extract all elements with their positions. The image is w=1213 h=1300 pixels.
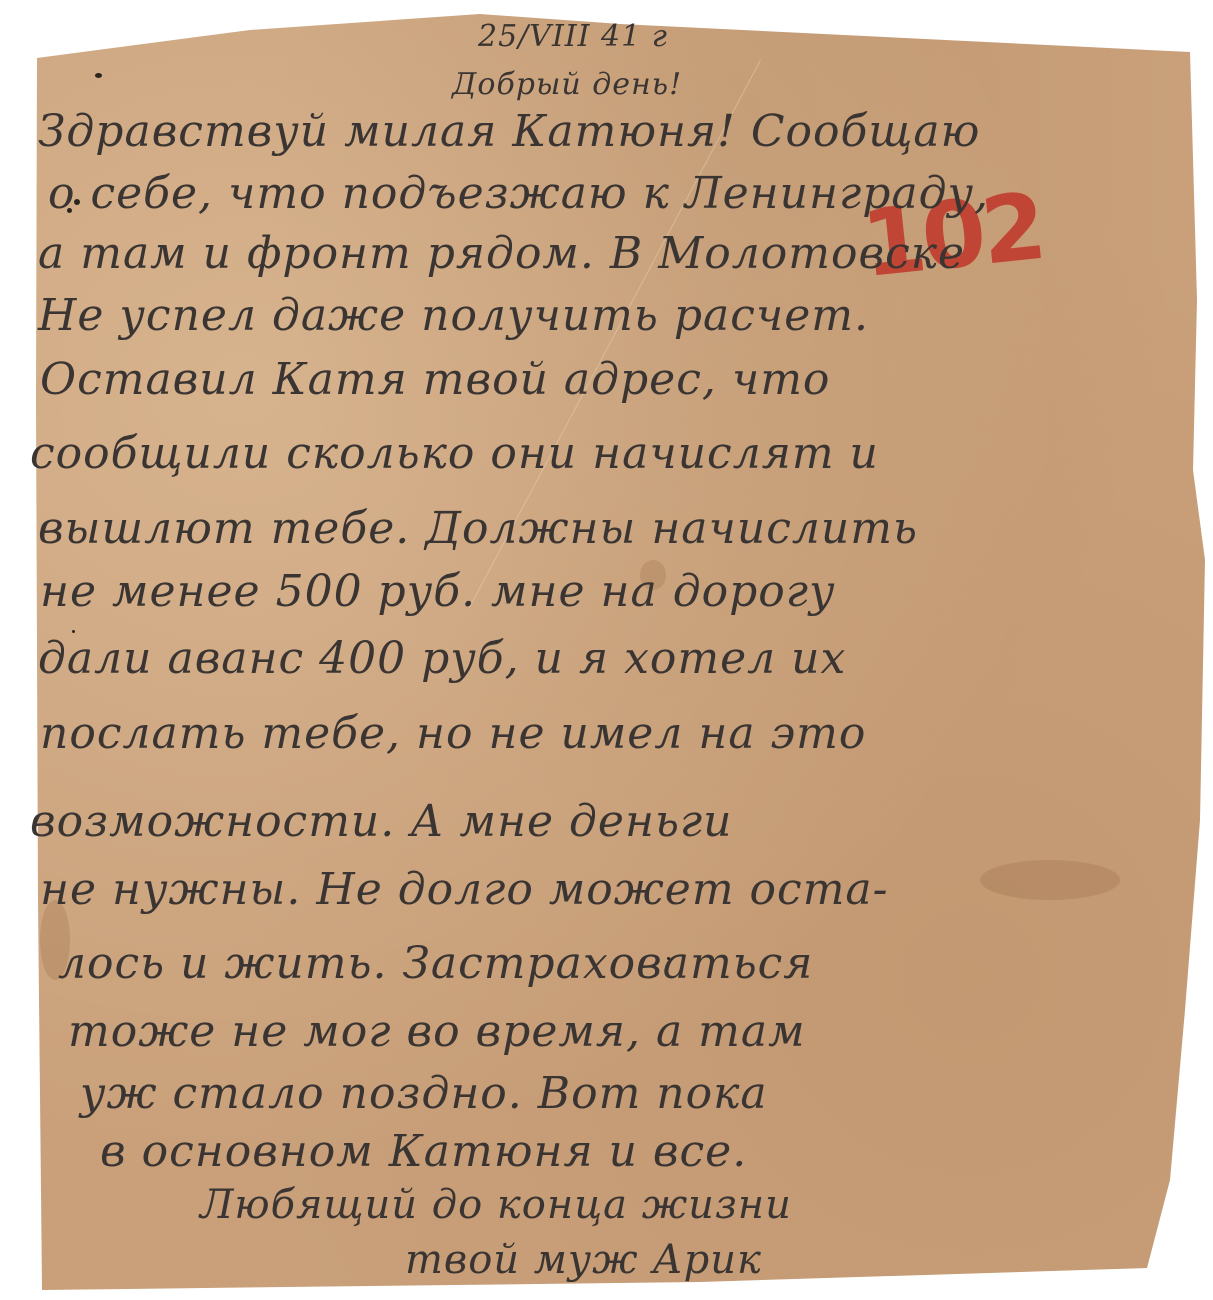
letter-line: Не успел даже получить расчет. bbox=[38, 294, 869, 338]
letter-line: тоже не мог во время, а там bbox=[68, 1010, 806, 1054]
letter-line: вышлют тебе. Должны начислить bbox=[38, 507, 918, 551]
letter-greeting: Добрый день! bbox=[452, 70, 682, 100]
letter-signature: твой муж Арик bbox=[405, 1240, 762, 1280]
letter-line: послать тебе, но не имел на это bbox=[40, 712, 866, 756]
letter-line: а там и фронт рядом. В Молотовске bbox=[38, 232, 965, 276]
letter-line: о себе, что подъезжаю к Ленинграду, bbox=[48, 172, 989, 216]
letter-line: лось и жить. Застраховаться bbox=[58, 942, 813, 986]
letter-line: не нужны. Не долго может оста- bbox=[40, 868, 889, 912]
letter-line: не менее 500 руб. мне на дорогу bbox=[40, 570, 836, 614]
paper-stain bbox=[980, 860, 1120, 900]
letter-line: уж стало поздно. Вот пока bbox=[80, 1072, 768, 1116]
letter-date: 25/VIII 41 г bbox=[478, 22, 668, 52]
letter-line: Оставил Катя твой адрес, что bbox=[40, 358, 830, 402]
letter-line: Здравствуй милая Катюня! Сообщаю bbox=[38, 110, 980, 154]
letter-line: дали аванс 400 руб, и я хотел их bbox=[38, 637, 846, 681]
paper-speck bbox=[95, 73, 102, 78]
letter-line: сообщили сколько они начислят и bbox=[30, 432, 879, 476]
letter-line: в основном Катюня и все. bbox=[100, 1130, 747, 1174]
letter-closing: Любящий до конца жизни bbox=[200, 1185, 792, 1225]
letter-line: возможности. А мне деньги bbox=[30, 800, 732, 844]
